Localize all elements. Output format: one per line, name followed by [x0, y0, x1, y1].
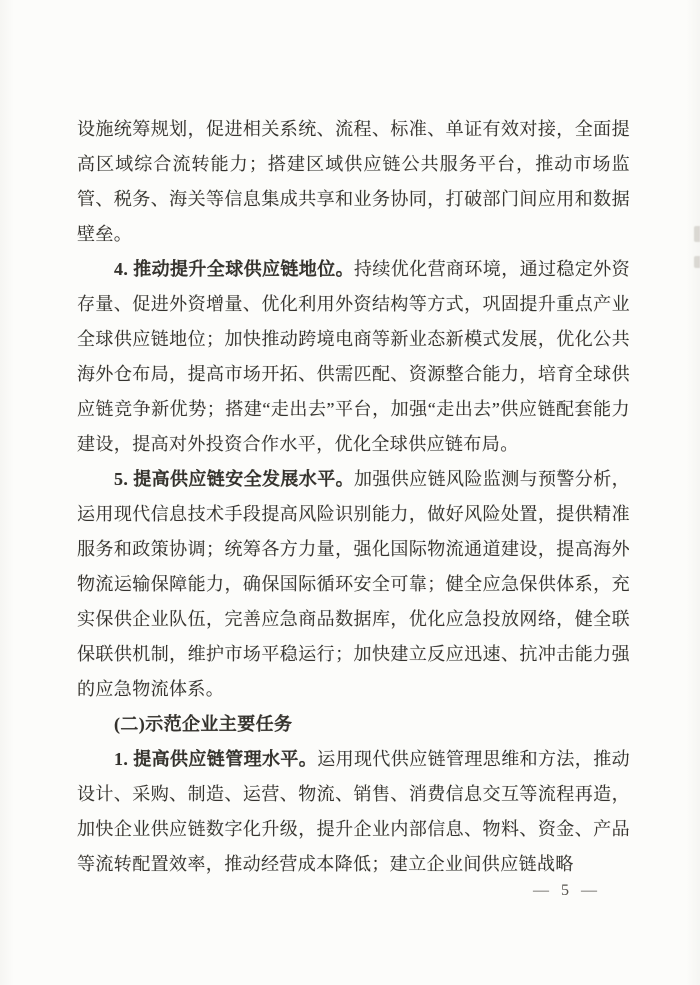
paragraph-item-1: 1. 提高供应链管理水平。运用现代供应链管理思维和方法，推动设计、采购、制造、运…: [77, 742, 630, 882]
paragraph-item-4: 4. 推动提升全球供应链地位。持续优化营商环境，通过稳定外资存量、促进外资增量、…: [77, 252, 630, 462]
paragraph-lead: 1. 提高供应链管理水平。: [114, 749, 317, 769]
paragraph-lead: 4. 推动提升全球供应链地位。: [114, 259, 354, 279]
page-number-text: — 5 —: [533, 882, 601, 899]
section-heading-text: (二)示范企业主要任务: [114, 714, 292, 734]
paragraph-lead: 5. 提高供应链安全发展水平。: [114, 469, 354, 489]
page-number: — 5 —: [512, 880, 622, 902]
scan-artifact-mark: [694, 226, 700, 242]
paragraph-item-5: 5. 提高供应链安全发展水平。加强供应链风险监测与预警分析，运用现代信息技术手段…: [77, 462, 630, 707]
paragraph-text: 加强供应链风险监测与预警分析，运用现代信息技术手段提高风险识别能力，做好风险处置…: [77, 469, 630, 699]
document-page: 设施统筹规划，促进相关系统、流程、标准、单证有效对接，全面提高区域综合流转能力；…: [0, 0, 700, 985]
section-heading: (二)示范企业主要任务: [77, 707, 630, 742]
scan-artifact-mark: [694, 256, 700, 268]
paragraph-text: 持续优化营商环境，通过稳定外资存量、促进外资增量、优化利用外资结构等方式，巩固提…: [77, 259, 630, 454]
paragraph-text: 设施统筹规划，促进相关系统、流程、标准、单证有效对接，全面提高区域综合流转能力；…: [77, 119, 630, 244]
paragraph-continuation: 设施统筹规划，促进相关系统、流程、标准、单证有效对接，全面提高区域综合流转能力；…: [77, 112, 630, 252]
text-content: 设施统筹规划，促进相关系统、流程、标准、单证有效对接，全面提高区域综合流转能力；…: [77, 112, 630, 882]
